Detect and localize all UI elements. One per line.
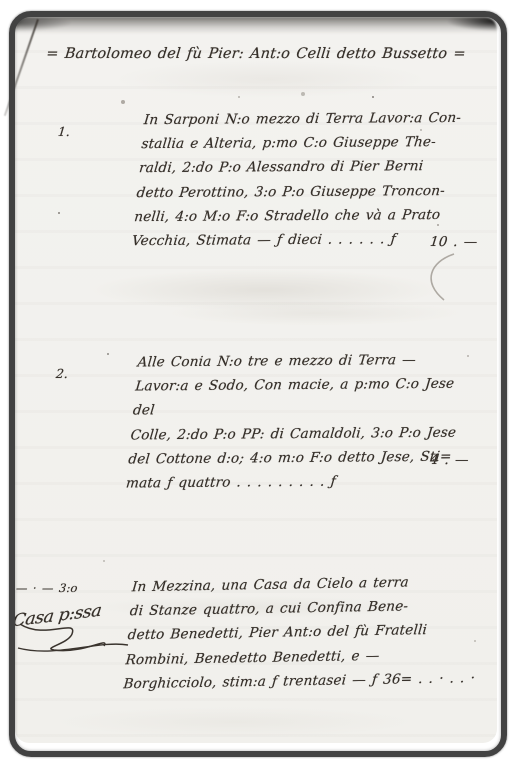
ink-flourish-arc bbox=[420, 252, 464, 304]
entry-3-text: In Mezzina, una Casa da Cielo a terra di… bbox=[122, 569, 507, 697]
entry-line: Alle Conia N:o tre e mezzo di Terra — bbox=[137, 348, 476, 375]
manuscript-scan: = Bartolomeo del fù Pier: Ant:o Celli de… bbox=[0, 0, 512, 760]
entry-line: detto Perottino, 3:o P:o Giuseppe Tronco… bbox=[136, 178, 461, 204]
entry-2-number: 2. bbox=[55, 366, 69, 381]
page-header-title: = Bartolomeo del fù Pier: Ant:o Celli de… bbox=[0, 46, 512, 62]
foxing-speckles bbox=[0, 0, 2, 2]
entry-2-text: Alle Conia N:o tre e mezzo di Terra — La… bbox=[125, 348, 475, 496]
entry-line: Colle, 2:do P:o PP: di Camaldoli, 3:o P:… bbox=[130, 420, 469, 447]
entry-line: nelli, 4:o M:o F:o Stradello che và a Pr… bbox=[133, 203, 458, 229]
entry-1-valuation: 10 . — bbox=[429, 234, 478, 250]
entry-2-valuation: 4 . — bbox=[429, 452, 469, 468]
entry-line: stallia e Alteria, p:mo C:o Giuseppe The… bbox=[140, 130, 465, 156]
margin-flourish-annotation: Casa p:ssa bbox=[14, 604, 134, 654]
entry-line: Vecchia, Stimata — ƒ dieci . . . . . . ƒ bbox=[131, 227, 456, 253]
entry-line: mata ƒ quattro . . . . . . . . . ƒ bbox=[125, 469, 464, 496]
entry-3-margin-number: — · — 3:o bbox=[15, 581, 126, 595]
entry-line: del Cottone d:o; 4:o m:o F:o detto Jese,… bbox=[127, 444, 466, 471]
entry-1-number: 1. bbox=[57, 124, 71, 139]
entry-1-text: In Sarponi N:o mezzo di Terra Lavor:a Co… bbox=[131, 106, 467, 253]
entry-line: Lavor:a e Sodo, Con macie, a p:mo C:o Je… bbox=[132, 372, 473, 423]
entry-line: In Sarponi N:o mezzo di Terra Lavor:a Co… bbox=[143, 106, 468, 132]
entry-line: raldi, 2:do P:o Alessandro di Pier Berni bbox=[138, 154, 463, 180]
page-edge-shadow bbox=[15, 17, 497, 34]
